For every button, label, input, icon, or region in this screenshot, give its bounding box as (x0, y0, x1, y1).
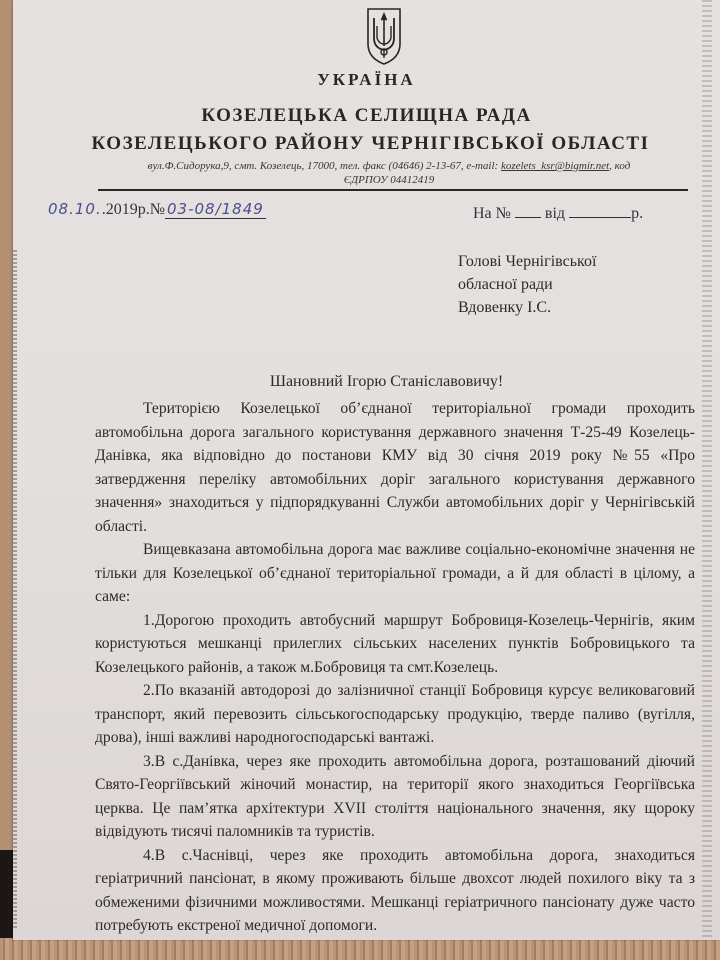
incoming-number-blank (515, 203, 541, 218)
letterhead-divider (98, 189, 688, 191)
recipient-line-1: Голові Чернігівської (458, 250, 596, 273)
incoming-date-label: від (545, 205, 565, 222)
organization-district: КОЗЕЛЕЦЬКОГО РАЙОНУ ЧЕРНІГІВСЬКОЇ ОБЛАСТ… (21, 133, 720, 155)
organization-address: вул.Ф.Сидорука,9, смт. Козелець, 17000, … (98, 159, 680, 187)
organization-name: КОЗЕЛЕЦЬКА СЕЛИЩНА РАДА (13, 105, 720, 127)
recipient-line-2: обласної ради (458, 273, 596, 296)
incoming-reference: На № від р. (473, 203, 643, 223)
paragraph-item-3: 3.В с.Данівка, через яке проходить автом… (95, 750, 695, 844)
salutation: Шановний Ігорю Станіславовичу! (13, 373, 720, 391)
address-code-label: , код (609, 160, 630, 172)
paragraph-item-2: 2.По вказаній автодорозі до залізничної … (95, 679, 695, 750)
handwritten-outgoing-number: 03-08/1849 (165, 200, 266, 219)
recipient-block: Голові Чернігівської обласної ради Вдове… (458, 250, 596, 319)
incoming-date-blank (569, 203, 631, 218)
incoming-year-label: р. (631, 205, 643, 222)
edrpou-code: ЄДРПОУ 04412419 (344, 174, 434, 186)
recipient-line-3: Вдовенку І.С. (458, 296, 596, 319)
paragraph-significance: Вищевказана автомобільна дорога має важл… (95, 538, 695, 609)
country-name: УКРАЇНА (13, 70, 720, 90)
letter-body: Територією Козелецької об’єднаної терито… (95, 397, 695, 938)
email-link[interactable]: kozelets_ksr@bigmir.net (501, 160, 609, 172)
paragraph-intro: Територією Козелецької об’єднаної терито… (95, 397, 695, 538)
trident-coat-of-arms-icon (365, 6, 403, 66)
paragraph-item-4: 4.В с.Часнівці, через яке проходить авто… (95, 844, 695, 938)
paragraph-item-1: 1.Дорогою проходить автобусний маршрут Б… (95, 609, 695, 680)
outgoing-reference: 08.10..2019р.№03-08/1849 (48, 200, 266, 219)
incoming-number-label: На № (473, 205, 511, 222)
letter-page: УКРАЇНА КОЗЕЛЕЦЬКА СЕЛИЩНА РАДА КОЗЕЛЕЦЬ… (13, 0, 720, 940)
wooden-table-surface (0, 938, 720, 960)
handwritten-date: 08.10. (48, 200, 102, 218)
address-text: вул.Ф.Сидорука,9, смт. Козелець, 17000, … (148, 160, 501, 172)
outgoing-year-label: .2019р.№ (102, 201, 165, 218)
